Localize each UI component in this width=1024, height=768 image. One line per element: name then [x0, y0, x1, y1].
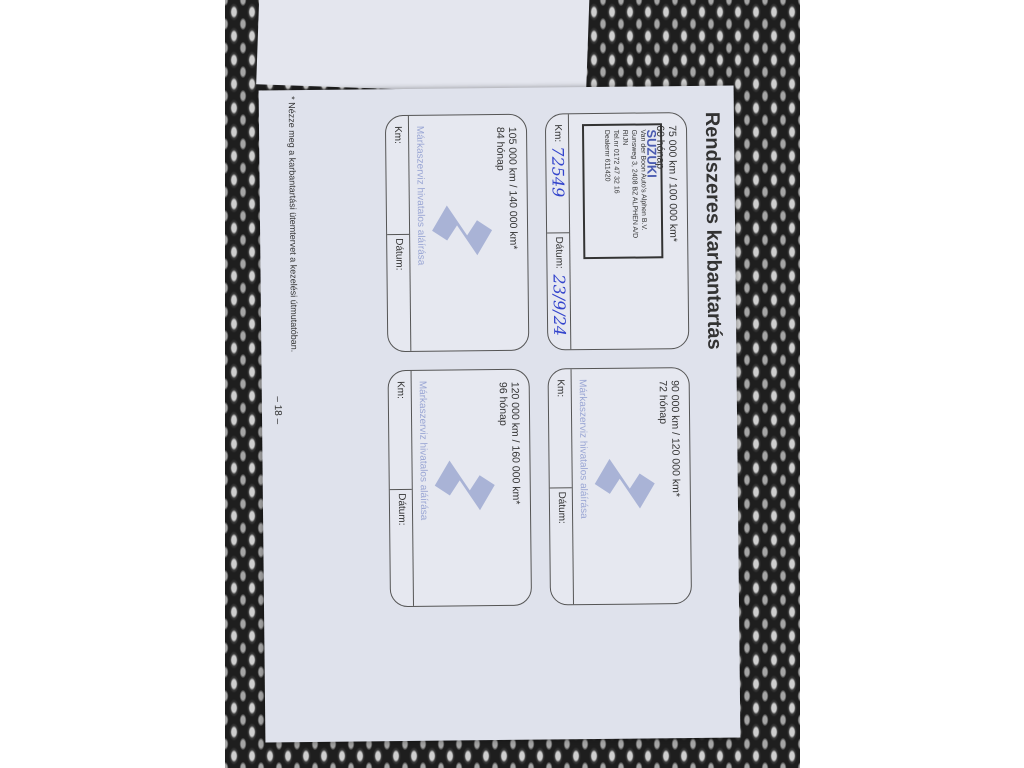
interval-text: 120 000 km / 160 000 km* — [508, 382, 521, 505]
signature-label: Márkaszerviz hivatalos aláírása — [413, 126, 425, 266]
suzuki-logo-icon — [429, 450, 500, 521]
km-label: Km: — [551, 124, 562, 142]
interval-text: 105 000 km / 140 000 km* — [505, 127, 518, 250]
service-card-75000: 75 000 km / 100 000 km*60 hónap SUZUKI V… — [544, 112, 688, 350]
date-label: Dátum: — [395, 493, 406, 525]
signature-label: Márkaszerviz hivatalos aláírása — [416, 381, 428, 521]
page-title: Rendszeres karbantartás — [699, 112, 724, 350]
service-card-120000: 120 000 km / 160 000 km*96 hónap Márkasz… — [387, 369, 531, 607]
suzuki-logo-icon — [426, 195, 497, 266]
suzuki-logo-icon — [589, 448, 660, 519]
km-label: Km: — [394, 381, 405, 399]
date-label: Dátum: — [553, 237, 564, 269]
handwritten-date: 23/9/24 — [549, 274, 569, 336]
service-card-90000: 90 000 km / 120 000 km*72 hónap Márkasze… — [547, 367, 691, 605]
dealer-stamp: SUZUKI Van der Boon Auto's Alphen B.V. G… — [581, 123, 662, 259]
stamp-line: Gunsweg 3, 2408 BZ ALPHEN A/D RIJN — [620, 130, 639, 253]
date-label: Dátum: — [555, 491, 566, 523]
km-label: Km: — [391, 126, 402, 144]
signature-label: Márkaszerviz hivatalos aláírása — [576, 379, 588, 519]
stamp-line: Dealernr 611420 — [602, 130, 612, 253]
maintenance-booklet-page: Rendszeres karbantartás 75 000 km / 100 … — [259, 86, 741, 743]
date-label: Dátum: — [393, 238, 404, 270]
handwritten-km: 72549 — [548, 146, 568, 197]
interval-text: 90 000 km / 120 000 km* — [668, 380, 681, 497]
interval-text: 75 000 km / 100 000 km* — [665, 125, 678, 242]
service-card-105000: 105 000 km / 140 000 km*84 hónap Márkasz… — [384, 114, 528, 352]
page-number: – 18 – — [271, 396, 282, 424]
km-label: Km: — [554, 379, 565, 397]
footnote: * Nézze meg a karbantartási ütemtervet a… — [286, 96, 299, 352]
previous-page — [256, 0, 590, 96]
